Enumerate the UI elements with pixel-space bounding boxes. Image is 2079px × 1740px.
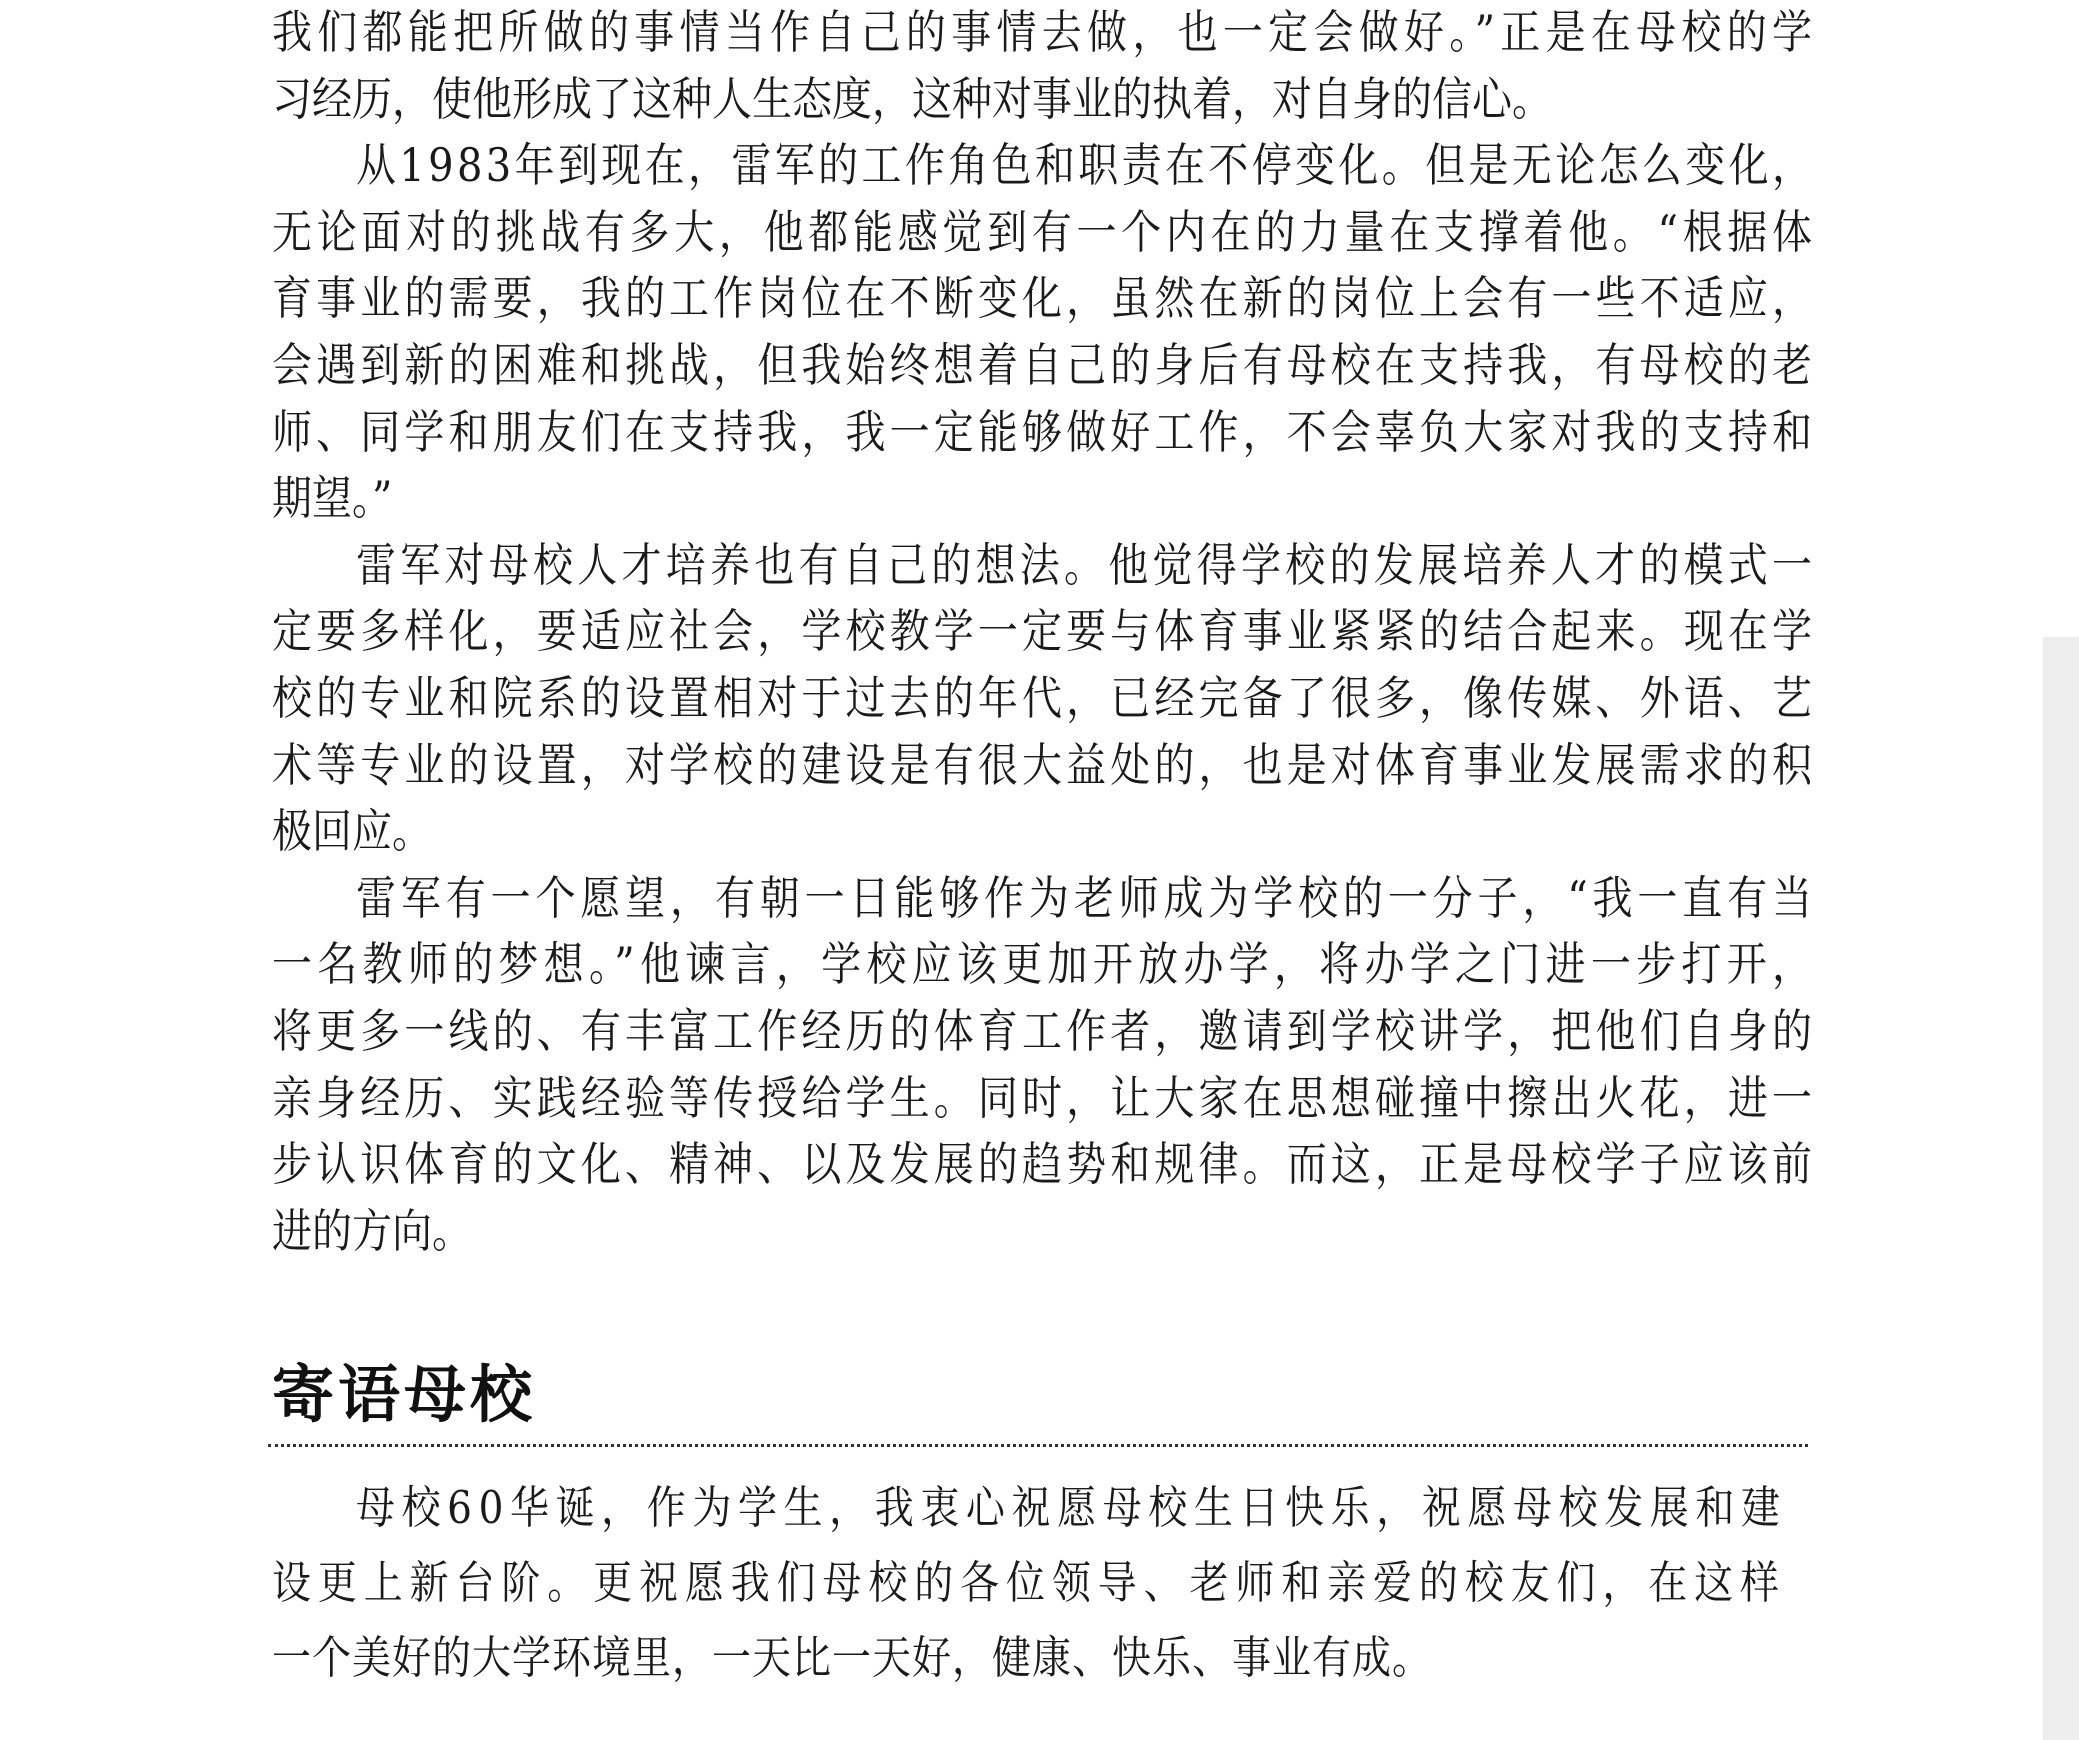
paragraph-start: 母校60华诞，作为学生，我衷心祝愿母校生日快乐，祝愿母校发展和建 bbox=[272, 1476, 1812, 1543]
text-line: 极回应。 bbox=[272, 799, 1812, 866]
text-line: 术等专业的设置，对学校的建设是有很大益处的，也是对体育事业发展需求的积 bbox=[272, 733, 1812, 800]
text-line: 定要多样化，要适应社会，学校教学一定要与体育事业紧紧的结合起来。现在学 bbox=[272, 599, 1812, 666]
dotted-divider bbox=[268, 1444, 1808, 1447]
paragraph-start: 雷军对母校人才培养也有自己的想法。他觉得学校的发展培养人才的模式一 bbox=[272, 533, 1812, 600]
text-line: 师、同学和朋友们在支持我，我一定能够做好工作，不会辜负大家对我的支持和 bbox=[272, 400, 1812, 467]
text-line: 将更多一线的、有丰富工作经历的体育工作者，邀请到学校讲学，把他们自身的 bbox=[272, 999, 1812, 1066]
text-line: 步认识体育的文化、精神、以及发展的趋势和规律。而这，正是母校学子应该前 bbox=[272, 1132, 1812, 1199]
text-line: 习经历，使他形成了这种人生态度，这种对事业的执着，对自身的信心。 bbox=[272, 67, 1812, 134]
text-line: 亲身经历、实践经验等传授给学生。同时，让大家在思想碰撞中擦出火花，进一 bbox=[272, 1066, 1812, 1133]
text-line: 设更上新台阶。更祝愿我们母校的各位领导、老师和亲爱的校友们，在这样 bbox=[272, 1551, 1812, 1618]
text-line: 一个美好的大学环境里，一天比一天好，健康、快乐、事业有成。 bbox=[272, 1626, 1812, 1693]
paragraph-start: 雷军有一个愿望，有朝一日能够作为老师成为学校的一分子，“我一直有当 bbox=[272, 866, 1812, 933]
side-panel bbox=[2043, 637, 2079, 1740]
text-line: 会遇到新的困难和挑战，但我始终想着自己的身后有母校在支持我，有母校的老 bbox=[272, 333, 1812, 400]
text-line: 育事业的需要，我的工作岗位在不断变化，虽然在新的岗位上会有一些不适应， bbox=[272, 266, 1812, 333]
text-line: 进的方向。 bbox=[272, 1199, 1812, 1266]
section-heading: 寄语母校 bbox=[272, 1345, 536, 1434]
paragraph-start: 从1983年到现在，雷军的工作角色和职责在不停变化。但是无论怎么变化， bbox=[272, 133, 1812, 200]
text-line: 无论面对的挑战有多大，他都能感觉到有一个内在的力量在支撑着他。“根据体 bbox=[272, 200, 1812, 267]
text-line: 期望。” bbox=[272, 466, 1812, 533]
text-line: 校的专业和院系的设置相对于过去的年代，已经完备了很多，像传媒、外语、艺 bbox=[272, 666, 1812, 733]
text-line: 我们都能把所做的事情当作自己的事情去做，也一定会做好。”正是在母校的学 bbox=[272, 0, 1812, 67]
text-line: 一名教师的梦想。”他谏言，学校应该更加开放办学，将办学之门进一步打开， bbox=[272, 932, 1812, 999]
